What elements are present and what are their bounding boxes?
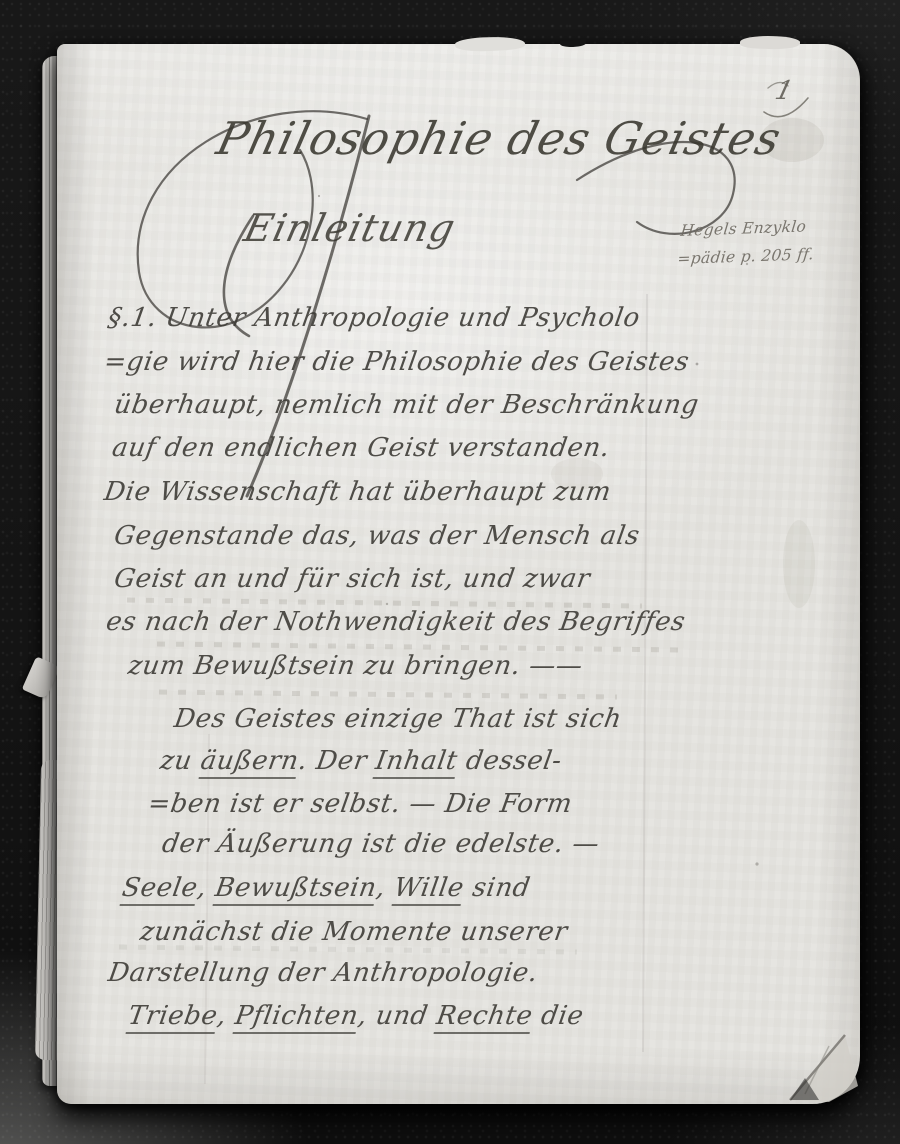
underlined-word: Inhalt xyxy=(373,746,460,779)
manuscript-title: Philosophie des Geistes xyxy=(212,112,786,165)
page-number-swash xyxy=(758,76,814,128)
manuscript-text: zunächst die Momente unserer xyxy=(138,917,570,947)
underlined-word: Wille xyxy=(391,873,466,906)
manuscript-text: die xyxy=(530,1001,586,1031)
manuscript-line: Gegenstande das, was der Mensch als xyxy=(112,521,642,551)
manuscript-text: Des Geistes einzige That ist sich xyxy=(172,704,624,734)
manuscript-heading: Einleitung xyxy=(240,206,460,250)
manuscript-line: =ben ist er selbst. — Die Form xyxy=(146,789,574,819)
manuscript-text: =gie wird hier die Philosophie des Geist… xyxy=(102,347,692,377)
manuscript-text: auf den endlichen Geist verstanden. xyxy=(110,433,612,463)
underlined-word: Seele xyxy=(120,873,201,906)
manuscript-line: auf den endlichen Geist verstanden. xyxy=(110,433,612,463)
manuscript-text: §.1. Unter Anthropologie und Psycholo xyxy=(106,303,642,333)
manuscript-line: der Äußerung ist die edelste. — xyxy=(160,829,602,859)
margin-annotation: Hegels Enzyklo =pädie p. 205 ff. xyxy=(676,213,818,274)
manuscript-line: zum Bewußtsein zu bringen. —— xyxy=(126,651,585,681)
manuscript-text: Geist an und für sich ist, und zwar xyxy=(112,564,592,594)
manuscript-line: es nach der Nothwendigkeit des Begriffes xyxy=(104,607,688,637)
manuscript-line: §.1. Unter Anthropologie und Psycholo xyxy=(106,303,642,333)
underlined-word: Bewußtsein xyxy=(213,873,379,906)
manuscript-text: zu xyxy=(158,746,203,776)
manuscript-text: es nach der Nothwendigkeit des Begriffes xyxy=(104,607,688,637)
underlined-word: Pflichten xyxy=(232,1001,360,1034)
scan-background: Philosophie des Geistes Einleitung 1 Heg… xyxy=(0,0,900,1144)
manuscript-text: dessel- xyxy=(455,746,564,776)
manuscript-line: Des Geistes einzige That ist sich xyxy=(172,704,624,734)
manuscript-text: Die Wissenschaft hat überhaupt zum xyxy=(102,477,613,507)
manuscript-line: =gie wird hier die Philosophie des Geist… xyxy=(102,347,692,377)
paper-edge-tear xyxy=(740,35,800,50)
manuscript-line: Darstellung der Anthropologie. xyxy=(106,958,540,988)
manuscript-text: , und xyxy=(356,1001,439,1031)
manuscript-line: Geist an und für sich ist, und zwar xyxy=(112,564,592,594)
underlined-word: äußern xyxy=(198,746,301,779)
manuscript-text: Gegenstande das, was der Mensch als xyxy=(112,521,642,551)
manuscript-line: Seele, Bewußtsein, Wille sind xyxy=(120,873,533,903)
manuscript-text: sind xyxy=(461,873,532,903)
manuscript-line: zu äußern. Der Inhalt dessel- xyxy=(158,746,564,776)
manuscript-text: zum Bewußtsein zu bringen. —— xyxy=(126,651,585,681)
manuscript-line: zunächst die Momente unserer xyxy=(138,917,570,947)
manuscript-line: Die Wissenschaft hat überhaupt zum xyxy=(102,477,613,507)
manuscript-text: überhaupt, nemlich mit der Beschränkung xyxy=(112,390,701,420)
manuscript-text: =ben ist er selbst. — Die Form xyxy=(146,789,574,819)
manuscript-text: der Äußerung ist die edelste. — xyxy=(160,829,602,859)
underlined-word: Rechte xyxy=(434,1001,535,1034)
manuscript-line: Triebe, Pflichten, und Rechte die xyxy=(126,1001,586,1031)
margin-annotation-line: =pädie p. 205 ff. xyxy=(676,241,815,274)
manuscript-text: . Der xyxy=(296,746,378,776)
manuscript-text: Darstellung der Anthropologie. xyxy=(106,958,540,988)
manuscript-line: überhaupt, nemlich mit der Beschränkung xyxy=(112,390,701,420)
underlined-word: Triebe xyxy=(126,1001,220,1034)
